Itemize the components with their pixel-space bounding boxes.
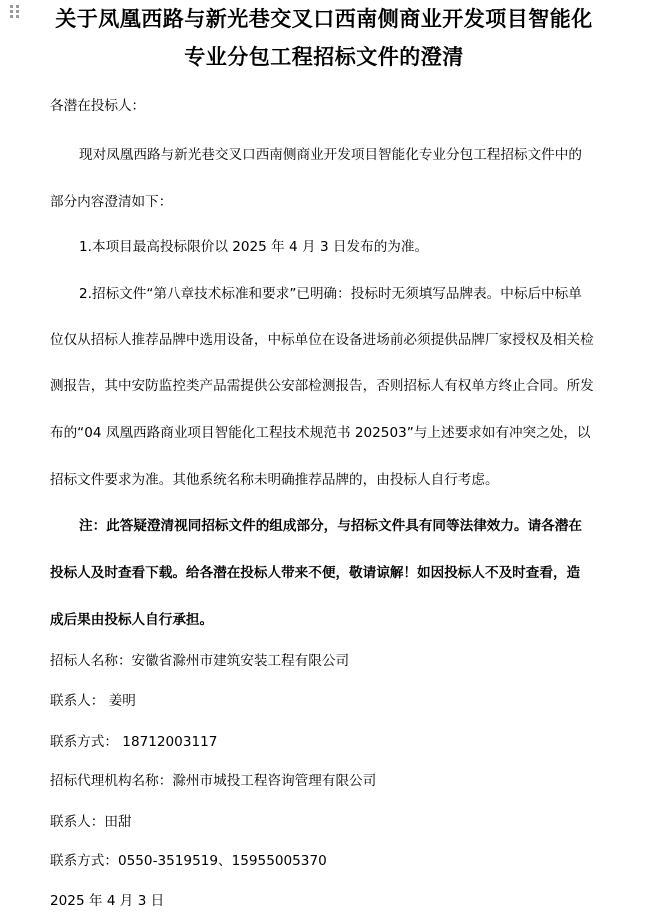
tenderer-contact: 联系人： 姜明 (50, 692, 136, 710)
clarification-item-2-line-2: 位仅从招标人推荐品牌中选用设备，中标单位在设备进场前必须提供品牌厂家授权及相关检 (50, 331, 594, 349)
note-line-2: 投标人及时查看下载。给各潜在投标人带来不便，敬请谅解！如因投标人不及时查看，造 (50, 564, 580, 582)
note-line-3: 成后果由投标人自行承担。 (50, 611, 213, 629)
agency-name: 招标代理机构名称：滁州市城投工程咨询管理有限公司 (50, 772, 376, 790)
note-line-1: 注：此答疑澄清视同招标文件的组成部分，与招标文件具有同等法律效力。请各潜在 (79, 517, 582, 535)
clarification-item-2-line-5: 招标文件要求为准。其他系统名称未明确推荐品牌的，由投标人自行考虑。 (50, 471, 499, 489)
intro-line-2: 部分内容澄清如下： (50, 193, 172, 211)
clarification-item-2-line-4: 布的“04 凤凰西路商业项目智能化工程技术规范书 202503”与上述要求如有冲… (50, 424, 591, 442)
tenderer-phone: 联系方式： 18712003117 (50, 733, 217, 751)
agency-contact: 联系人：田甜 (50, 813, 132, 831)
salutation: 各潜在投标人： (50, 97, 145, 115)
agency-phone: 联系方式：0550-3519519、15955005370 (50, 852, 327, 870)
document-title-line-1: 关于凤凰西路与新光巷交叉口西南侧商业开发项目智能化 (0, 3, 648, 33)
document-date: 2025 年 4 月 3 日 (50, 892, 164, 910)
clarification-item-2-line-3: 测报告，其中安防监控类产品需提供公安部检测报告，否则招标人有权单方终止合同。所发 (50, 377, 594, 395)
tenderer-name: 招标人名称：安徽省滁州市建筑安装工程有限公司 (50, 652, 349, 670)
clarification-item-2-line-1: 2.招标文件“第八章技术标准和要求”已明确：投标时无须填写品牌表。中标后中标单 (79, 285, 582, 303)
document-title-line-2: 专业分包工程招标文件的澄清 (0, 41, 648, 71)
intro-line-1: 现对凤凰西路与新光巷交叉口西南侧商业开发项目智能化专业分包工程招标文件中的 (79, 146, 582, 164)
clarification-item-1: 1.本项目最高投标限价以 2025 年 4 月 3 日发布的为准。 (79, 238, 428, 256)
